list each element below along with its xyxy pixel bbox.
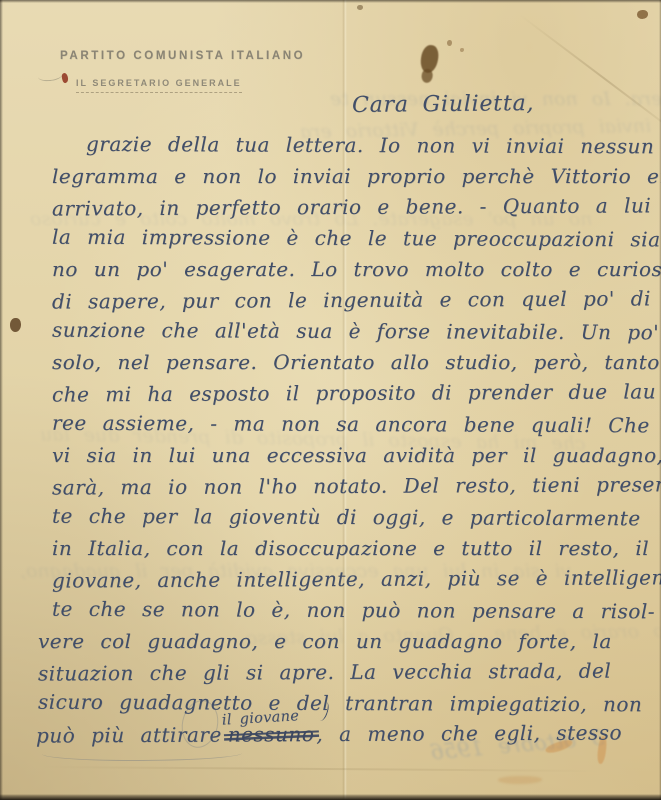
letter-line: che mi ha esposto il proposito di prende…: [52, 376, 632, 410]
letter-line: sarà, ma io non l'ho notato. Del resto, …: [52, 469, 632, 503]
salutation: Cara Giulietta,: [352, 91, 535, 118]
scan-edge-top: [0, 0, 661, 3]
letter-line: grazie della tua lettera. Io non vi invi…: [52, 129, 632, 163]
letter-line: situazion che gli si apre. La vecchia st…: [38, 655, 632, 689]
ink-stain: [447, 40, 452, 46]
letter-line: la mia impressione è che le tue preoccup…: [52, 222, 632, 256]
letter-line: te che per la gioventù di oggi, e partic…: [52, 501, 632, 535]
ink-stain: [10, 318, 21, 332]
letter-line: no un po' esagerate. Lo trovo molto colt…: [52, 254, 632, 285]
rust-stain: [498, 776, 542, 784]
last-line-post: , a meno che egli, stesso: [316, 720, 622, 746]
bottom-crease: [40, 766, 600, 772]
ink-stain: [357, 5, 363, 10]
letter-line: giovane, anche intelligente, anzi, più s…: [52, 562, 632, 596]
letterhead-organization: PARTITO COMUNISTA ITALIANO: [60, 50, 305, 62]
letter-line: sicuro guadagnetto e del trantran impieg…: [38, 687, 632, 721]
letter-last-line: può più attirareil giovanenessuno, a men…: [36, 717, 632, 751]
letter-line: vere col guadagno, e con un guadagno for…: [38, 626, 632, 657]
letter-line: vi sia in lui una eccessiva avidità per …: [52, 440, 632, 471]
letter-line: in Italia, con la disoccupazione e tutto…: [52, 533, 632, 564]
letter-line: solo, nel pensare. Orientato allo studio…: [52, 347, 632, 378]
top-right-crease: [519, 14, 661, 142]
letter-lines: grazie della tua lettera. Io non vi invi…: [52, 130, 632, 719]
struck-word: nessuno: [228, 719, 315, 750]
letter-paper: grazie della tua lettera. Io non vi invi…: [0, 0, 661, 800]
letter-line: ree assieme, - ma non sa ancora bene qua…: [52, 408, 632, 442]
letter-line: te che se non lo è, non può non pensare …: [52, 594, 632, 628]
letter-line: sunzione che all'età sua è forse inevita…: [52, 315, 632, 349]
letter-line: arrivato, in perfetto orario e bene. - Q…: [52, 190, 632, 224]
pencil-check-mark: [38, 70, 63, 82]
ink-stain: [419, 44, 440, 74]
letterhead: PARTITO COMUNISTA ITALIANO IL SEGRETARIO…: [60, 50, 305, 93]
letterhead-role: IL SEGRETARIO GENERALE: [76, 78, 242, 93]
last-line-pre: può più attirare: [36, 723, 222, 748]
ink-stain: [637, 10, 648, 19]
pencil-underline: [42, 745, 242, 761]
letter-body: grazie della tua lettera. Io non vi invi…: [52, 130, 632, 750]
red-ink-dot: [61, 72, 69, 83]
scan-edge-left: [0, 0, 3, 800]
letter-line: di sapere, pur con le ingenuità e con qu…: [52, 283, 632, 317]
letter-line: legramma e non lo inviai proprio perchè …: [52, 161, 632, 192]
scan-edge-bottom: [0, 794, 661, 800]
ink-stain: [460, 48, 464, 52]
